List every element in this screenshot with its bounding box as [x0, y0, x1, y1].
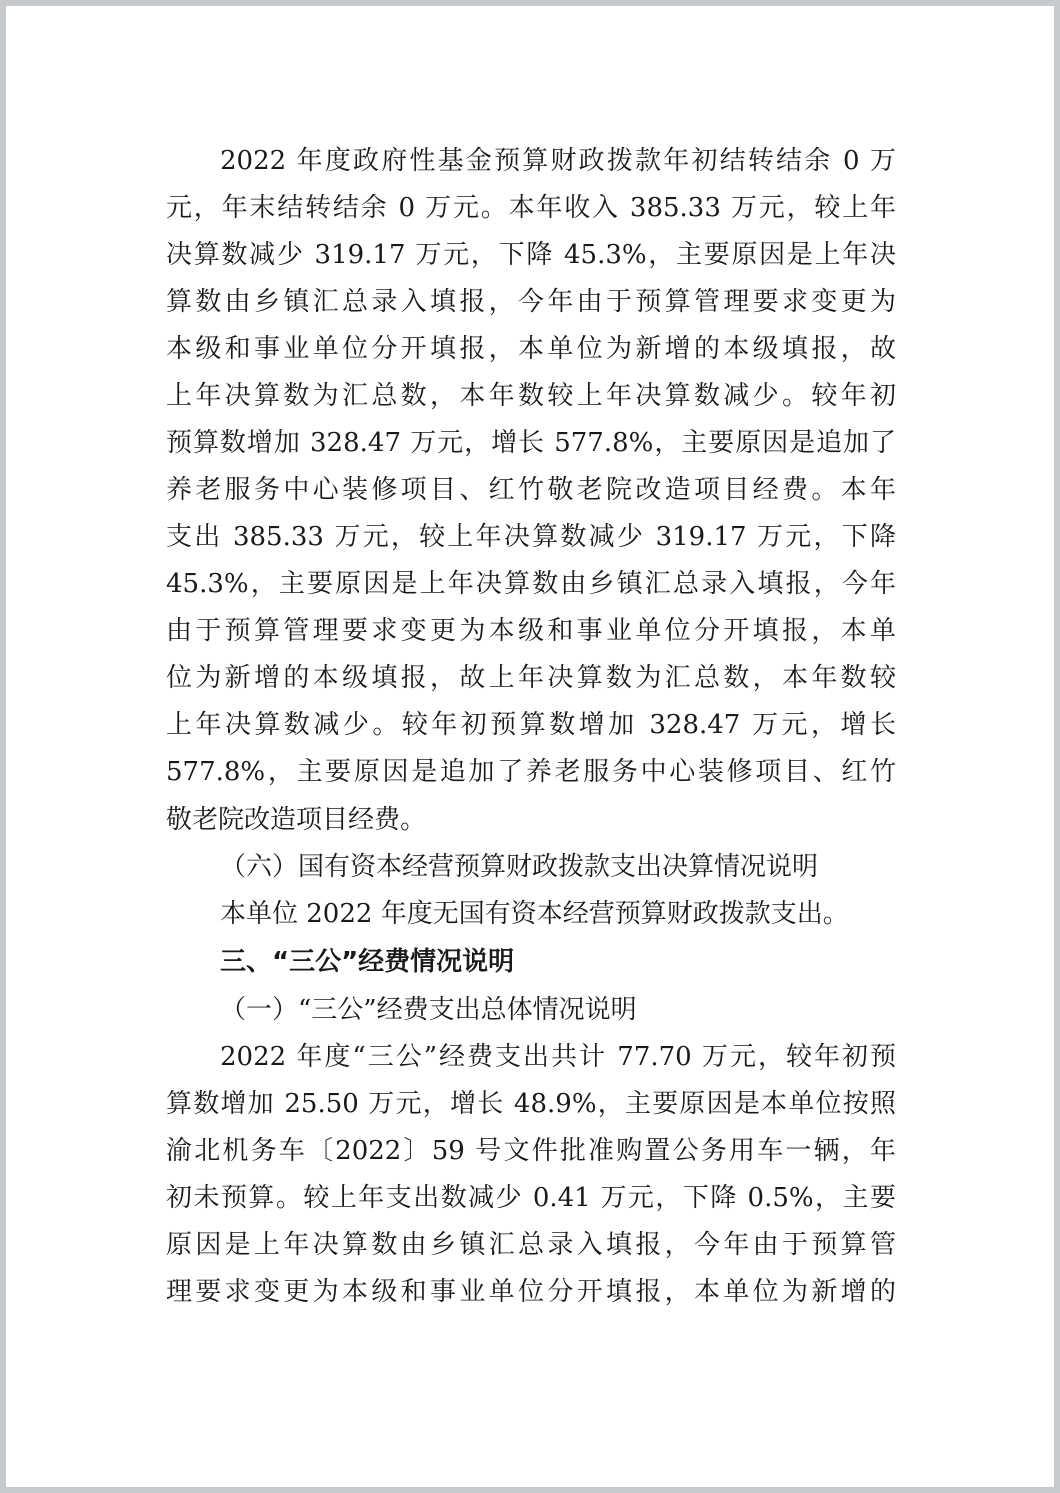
body-line: 由于预算管理要求变更为本级和事业单位分开填报，本单	[166, 608, 896, 655]
body-line: 支出 385.33 万元，较上年决算数减少 319.17 万元，下降	[166, 514, 896, 561]
body-line: 上年决算数为汇总数，本年数较上年决算数减少。较年初	[166, 373, 896, 420]
document-page: 2022 年度政府性基金预算财政拨款年初结转结余 0 万 元，年末结转结余 0 …	[6, 6, 1054, 1487]
body-line: 元，年末结转结余 0 万元。本年收入 385.33 万元，较上年	[166, 185, 896, 232]
body-line: 算数由乡镇汇总录入填报，今年由于预算管理要求变更为	[166, 279, 896, 326]
body-line: 上年决算数减少。较年初预算数增加 328.47 万元，增长	[166, 702, 896, 749]
body-line: 渝北机务车〔2022〕59 号文件批准购置公务用车一辆，年	[166, 1128, 896, 1175]
body-line: 位为新增的本级填报，故上年决算数为汇总数，本年数较	[166, 655, 896, 702]
body-line: 敬老院改造项目经费。	[166, 797, 896, 844]
body-line: 原因是上年决算数由乡镇汇总录入填报，今年由于预算管	[166, 1222, 896, 1269]
subheading-overall: （一）“三公”经费支出总体情况说明	[220, 987, 896, 1034]
body-line: 2022 年度“三公”经费支出共计 77.70 万元，较年初预	[220, 1034, 896, 1081]
body-line: 算数增加 25.50 万元，增长 48.9%，主要原因是本单位按照	[166, 1081, 896, 1128]
body-line: 2022 年度政府性基金预算财政拨款年初结转结余 0 万	[220, 138, 896, 185]
body-line: 初未预算。较上年支出数减少 0.41 万元，下降 0.5%，主要	[166, 1175, 896, 1222]
body-line: 养老服务中心装修项目、红竹敬老院改造项目经费。本年	[166, 467, 896, 514]
body-line: 45.3%，主要原因是上年决算数由乡镇汇总录入填报，今年	[166, 561, 896, 608]
body-line: 577.8%，主要原因是追加了养老服务中心装修项目、红竹	[166, 749, 896, 796]
section-heading-three-public: 三、“三公”经费情况说明	[220, 939, 950, 986]
body-line: 本级和事业单位分开填报，本单位为新增的本级填报，故	[166, 326, 896, 373]
body-line: 预算数增加 328.47 万元，增长 577.8%，主要原因是追加了	[166, 420, 896, 467]
subheading-state-capital: （六）国有资本经营预算财政拨款支出决算情况说明	[220, 844, 896, 891]
body-line: 决算数减少 319.17 万元，下降 45.3%，主要原因是上年决	[166, 232, 896, 279]
body-line: 本单位 2022 年度无国有资本经营预算财政拨款支出。	[220, 891, 896, 938]
body-line: 理要求变更为本级和事业单位分开填报，本单位为新增的	[166, 1269, 896, 1316]
